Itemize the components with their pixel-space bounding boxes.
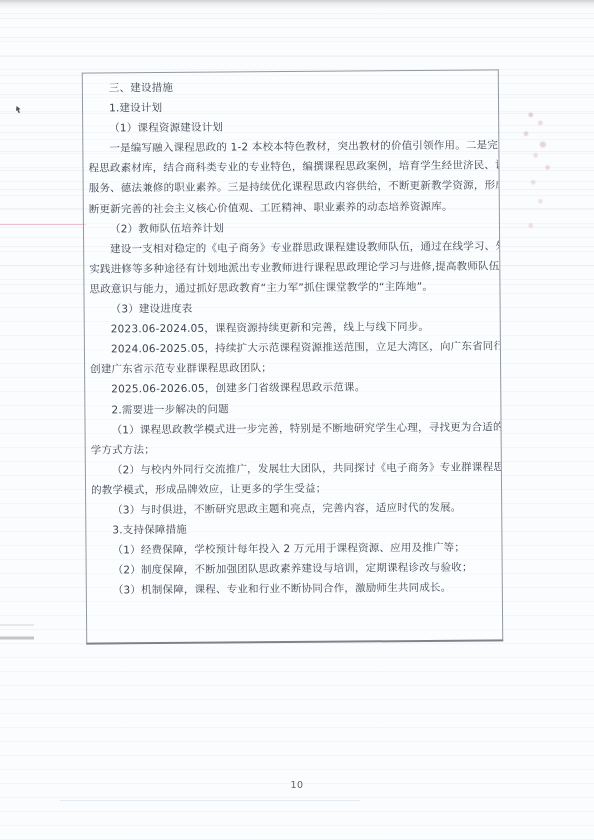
text-line: （3）与时俱进，不断研究思政主题和亮点，完善内容，适应时代的发展。	[91, 497, 497, 520]
pink-scan-line	[0, 224, 86, 225]
text-line: 断更新完善的社会主义核心价值观、工匠精神、职业素养的动态培养资源库。	[89, 196, 495, 219]
text-line: 实践进修等多种途径有计划地派出专业教师进行课程思政理论学习与进修,提高教师队伍的	[89, 256, 495, 279]
scan-streak-bottom	[60, 800, 360, 801]
text-line: 服务、德法兼修的职业素养。三是持续优化课程思政内容供给，不断更新教学资源，形成不	[89, 176, 495, 199]
ink-speck	[16, 106, 21, 113]
page-number: 10	[0, 780, 594, 791]
scan-edge-shadow	[0, 0, 594, 9]
document-frame: 三、建设措施 1.建设计划 （1）课程资源建设计划 一是编写融入课程思政的 1-…	[82, 69, 503, 644]
pink-smudge-artifact	[514, 104, 562, 239]
text-line: （1）课程思政教学模式进一步完善，特别是不断地研究学生心理，寻找更为合适的教	[90, 417, 496, 440]
document-body: 三、建设措施 1.建设计划 （1）课程资源建设计划 一是编写融入课程思政的 1-…	[83, 70, 502, 601]
scanned-page: 三、建设措施 1.建设计划 （1）课程资源建设计划 一是编写融入课程思政的 1-…	[0, 0, 594, 840]
scan-streak-artifact	[0, 616, 34, 650]
text-line: 2024.06-2025.05，持续扩大示范课程资源推送范围，立足大湾区，向广东…	[90, 337, 496, 360]
text-line: （2）与校内外同行交流推广，发展壮大团队，共同探讨《电子商务》专业群课程思政	[91, 457, 497, 480]
text-line: （3）机制保障，课程、专业和行业不断协同合作，激励师生共同成长。	[92, 578, 498, 601]
